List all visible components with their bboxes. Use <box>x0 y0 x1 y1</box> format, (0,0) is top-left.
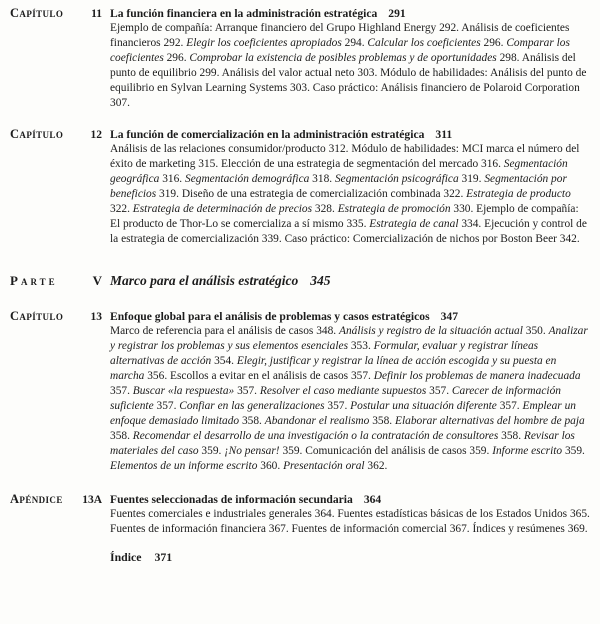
chapter-11-title: La función financiera en la administraci… <box>110 7 377 20</box>
appendix-13a-label: Apéndice <box>10 492 63 507</box>
toc-entry-apendice-13a: Apéndice 13A Fuentes seleccionadas de in… <box>8 492 590 537</box>
index-title-line: Índice371 <box>110 550 590 565</box>
toc-part-v: Parte V Marco para el análisis estratégi… <box>8 271 590 291</box>
toc-index: Índice371 <box>8 550 590 565</box>
chapter-12-body: Análisis de las relaciones consumidor/pr… <box>110 142 590 247</box>
toc-entry-capitulo-11: Capítulo 11 La función financiera en la … <box>8 6 590 111</box>
chapter-12-content: La función de comercialización en la adm… <box>110 127 590 247</box>
appendix-13a-title: Fuentes seleccionadas de información sec… <box>110 493 353 506</box>
chapter-13-number: 13 <box>91 310 103 325</box>
appendix-13a-title-line: Fuentes seleccionadas de información sec… <box>110 492 590 507</box>
part-v-label: Parte <box>10 271 58 291</box>
toc-page: Capítulo 11 La función financiera en la … <box>0 0 600 624</box>
chapter-12-label-cell: Capítulo 12 <box>8 127 102 143</box>
chapter-13-page-number: 347 <box>441 310 458 323</box>
chapter-11-content: La función financiera en la administraci… <box>110 6 590 111</box>
chapter-13-body: Marco de referencia para el análisis de … <box>110 324 590 474</box>
index-content: Índice371 <box>110 550 590 565</box>
chapter-12-title-line: La función de comercialización en la adm… <box>110 127 590 142</box>
chapter-11-page-number: 291 <box>388 7 405 20</box>
chapter-13-title-line: Enfoque global para el análisis de probl… <box>110 309 590 324</box>
chapter-11-title-line: La función financiera en la administraci… <box>110 6 590 21</box>
part-v-number: V <box>93 271 102 291</box>
index-title: Índice <box>110 550 141 564</box>
appendix-13a-number: 13A <box>82 493 102 508</box>
toc-entry-capitulo-13: Capítulo 13 Enfoque global para el análi… <box>8 309 590 474</box>
appendix-13a-content: Fuentes seleccionadas de información sec… <box>110 492 590 537</box>
chapter-12-number: 12 <box>91 128 103 143</box>
toc-entry-capitulo-12: Capítulo 12 La función de comercializaci… <box>8 127 590 247</box>
appendix-13a-body: Fuentes comerciales e industriales gener… <box>110 507 590 537</box>
appendix-13a-label-cell: Apéndice 13A <box>8 492 102 508</box>
part-v-title-line: Marco para el análisis estratégico345 <box>110 271 590 291</box>
chapter-13-content: Enfoque global para el análisis de probl… <box>110 309 590 474</box>
part-v-label-cell: Parte V <box>8 271 102 291</box>
chapter-11-label: Capítulo <box>10 6 63 21</box>
chapter-13-label-cell: Capítulo 13 <box>8 309 102 325</box>
chapter-13-title: Enfoque global para el análisis de probl… <box>110 310 430 323</box>
part-v-title: Marco para el análisis estratégico <box>110 273 298 288</box>
chapter-11-label-cell: Capítulo 11 <box>8 6 102 22</box>
chapter-13-label: Capítulo <box>10 309 63 324</box>
appendix-13a-page-number: 364 <box>364 493 381 506</box>
chapter-12-label: Capítulo <box>10 127 63 142</box>
index-page-number: 371 <box>154 550 172 564</box>
chapter-11-number: 11 <box>91 7 102 22</box>
chapter-12-page-number: 311 <box>435 128 452 141</box>
chapter-12-title: La función de comercialización en la adm… <box>110 128 424 141</box>
part-v-content: Marco para el análisis estratégico345 <box>110 271 590 291</box>
part-v-page-number: 345 <box>310 273 330 288</box>
chapter-11-body: Ejemplo de compañía: Arranque financiero… <box>110 21 590 111</box>
